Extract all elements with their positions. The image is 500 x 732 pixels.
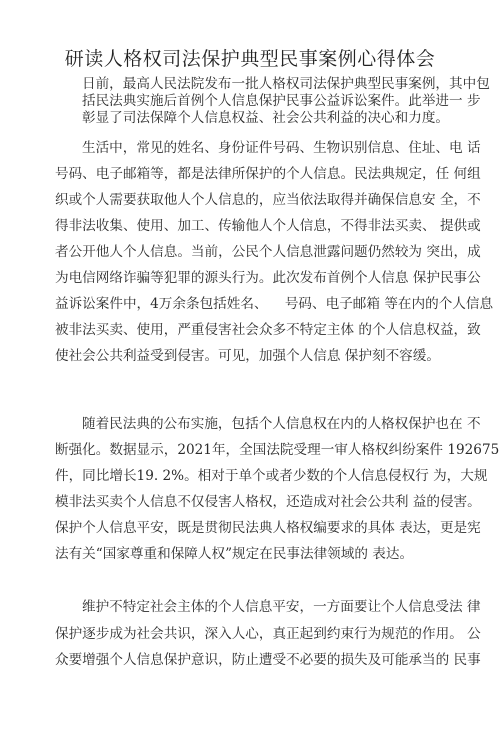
text-line: 件，同比增长19. 2%。相对于单个或者少数的个人信息侵权行 为，大规 (55, 468, 448, 485)
text-line: 益诉讼案件中，4万余条包括姓名、 号码、电子邮箱 等在内的个人信息 (55, 296, 448, 313)
text-line: 众要增强个人信息保护意识，防止遭受不必要的损失及可能承当的 民事 (55, 652, 448, 669)
text-line: 维护不特定社会主体的个人信息平安，一方面要让个人信息受法 律 (82, 599, 448, 616)
text-line: 号码、电子邮箱等，都是法律所保护的个人信息。民法典规定，任 何组 (55, 166, 448, 183)
text-line: 保护逐步成为社会共识，深入人心，真正起到约束行为规范的作用。 公 (55, 626, 448, 643)
text-line: 织或个人需要获取他人个人信息的，应当依法取得并确保信息安 全，不 (55, 192, 448, 209)
text-line: 保护个人信息平安，既是贯彻民法典人格权编要求的具体 表达，更是宪 (55, 520, 448, 537)
text-line: 日前，最高人民法院发布一批人格权司法保护典型民事案例，其中包 (82, 76, 448, 93)
text-line: 模非法买卖个人信息不仅侵害人格权，还造成对社会公共利 益的侵害。 (55, 494, 448, 511)
document-title: 研读人格权司法保护典型民事案例心得体会 (0, 44, 500, 71)
text-line: 被非法买卖、使用，严重侵害社会众多不特定主体 的个人信息权益，致 (55, 322, 448, 339)
text-line: 得非法收集、使用、加工、传输他人个人信息，不得非法买卖、 提供或 (55, 218, 448, 235)
text-line: 断强化。数据显示，2021年，全国法院受理一审人格权纠纷案件 192675 (55, 442, 448, 459)
text-line: 生活中，常见的姓名、身份证件号码、生物识别信息、住址、电 话 (82, 140, 448, 157)
text-line: 随着民法典的公布实施，包括个人信息权在内的人格权保护也在 不 (82, 416, 448, 433)
text-line: 彰显了司法保障个人信息权益、社会公共利益的决心和力度。 (82, 110, 448, 127)
text-line: 使社会公共利益受到侵害。可见，加强个人信息 保护刻不容缓。 (55, 348, 448, 365)
text-line: 为电信网络诈骗等犯罪的源头行为。此次发布首例个人信息 保护民事公 (55, 270, 448, 287)
text-line: 括民法典实施后首例个人信息保护民事公益诉讼案件。此举进一 步 (82, 93, 448, 110)
text-line: 法有关“国家尊重和保障人权”规定在民事法律领域的 表达。 (55, 546, 448, 563)
text-line: 者公开他人个人信息。当前，公民个人信息泄露问题仍然较为 突出，成 (55, 244, 448, 261)
